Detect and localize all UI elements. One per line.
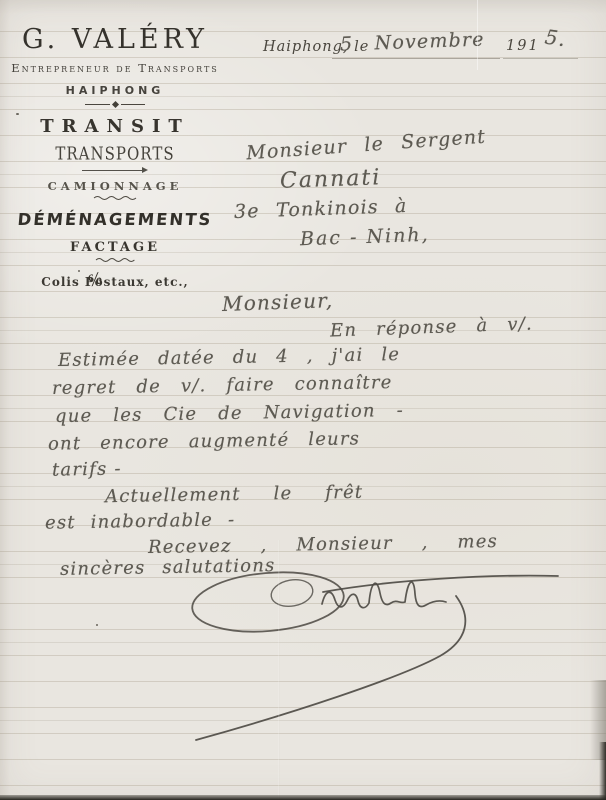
service-camionnage: CAMIONNAGE — [4, 179, 226, 193]
handwritten-date: 5 Novembre — [340, 28, 485, 55]
service-factage: FACTAGE — [4, 240, 226, 255]
body-line: que les Cie de Navigation - — [55, 400, 404, 427]
signature-flourish — [130, 556, 600, 751]
dateline-printed-year: 191 — [506, 38, 540, 54]
service-transit: TRANSIT — [4, 116, 226, 137]
body-line: ont encore augmenté leurs — [48, 428, 360, 454]
arrow-divider-icon — [82, 167, 148, 173]
ink-speck — [96, 624, 98, 626]
recipient-line: Bac - Ninh, — [300, 224, 430, 251]
paper-crease — [477, 0, 478, 70]
recipient-line: 3e Tonkinois à — [234, 195, 408, 223]
paper-crease — [278, 540, 280, 800]
service-transports: TRANSPORTS — [4, 144, 226, 165]
handwritten-year-digit: 5. — [543, 25, 568, 52]
dateline-rule — [332, 58, 500, 59]
service-colis-postaux: Colis Postaux, etc., — [4, 275, 226, 289]
body-line: Recevez , Monsieur , mes — [148, 531, 498, 558]
service-demenagements: DÉMÉNAGEMENTS — [3, 210, 227, 229]
scan-edge-shadow — [0, 795, 606, 800]
recipient-line: Monsieur le Sergent — [246, 126, 487, 165]
body-line: Estimée datée du 4 , j'ai le — [58, 344, 401, 371]
dateline-rule — [503, 58, 578, 59]
company-subtitle: Entrepreneur de Transports — [4, 61, 226, 75]
body-line: tarifs - — [52, 458, 122, 480]
ink-speck — [78, 270, 80, 272]
salutation: Monsieur, — [222, 288, 334, 316]
body-line: Actuellement le frêt — [105, 482, 364, 508]
letterhead: G. VALÉRY Entrepreneur de Transports HAI… — [4, 24, 226, 289]
body-line: regret de v/. faire connaître — [52, 372, 393, 399]
recipient-name: Cannati — [280, 165, 382, 194]
company-city: HAIPHONG — [4, 84, 226, 97]
scan-edge-shadow — [599, 742, 606, 800]
diamond-divider-icon — [85, 102, 145, 107]
wavy-underline-icon — [95, 257, 135, 263]
company-name: G. VALÉRY — [4, 24, 226, 55]
wavy-underline-icon — [93, 195, 137, 201]
body-line: En réponse à v/. — [330, 313, 533, 341]
body-line: est inabordable - — [45, 509, 236, 533]
ink-speck — [16, 113, 19, 115]
letter-scan: G. VALÉRY Entrepreneur de Transports HAI… — [0, 0, 606, 800]
